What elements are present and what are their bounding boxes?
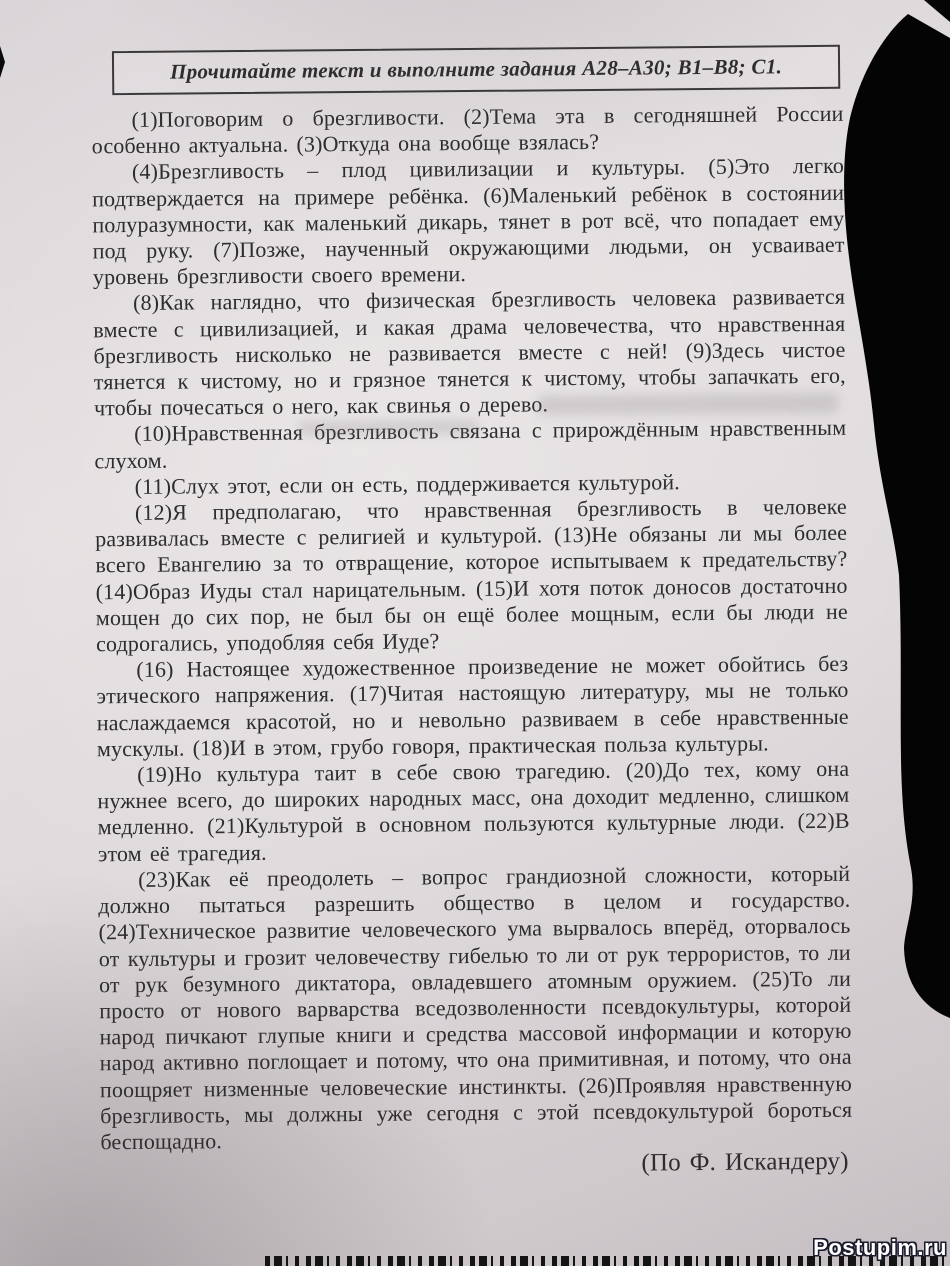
site-watermark: Postupim.ru	[813, 1235, 947, 1261]
instruction-text: Прочитайте текст и выполните задания А28…	[170, 54, 782, 83]
text-paragraph: (12)Я предполагаю, что нравственная брез…	[95, 494, 848, 658]
text-paragraph: (19)Но культура таит в себе свою трагеди…	[97, 756, 850, 867]
page-content: Прочитайте текст и выполните задания А28…	[0, 0, 950, 1266]
text-paragraph: (10)Нравственная брезгливость связана с …	[94, 415, 846, 474]
text-paragraph: (16) Настоящее художественное произведен…	[96, 651, 849, 762]
text-paragraph: (4)Брезгливость – плод цивилизации и кул…	[92, 153, 845, 291]
instruction-box: Прочитайте текст и выполните задания А28…	[112, 45, 840, 95]
document-photo: Прочитайте текст и выполните задания А28…	[0, 0, 950, 1266]
text-paragraph: (8)Как наглядно, что физическая брезглив…	[93, 284, 846, 422]
reading-text: (1)Поговорим о брезгливости. (2)Тема эта…	[91, 101, 852, 1182]
text-paragraph: (1)Поговорим о брезгливости. (2)Тема эта…	[91, 101, 843, 160]
text-paragraph: (23)Как её преодолеть – вопрос грандиозн…	[98, 861, 852, 1156]
